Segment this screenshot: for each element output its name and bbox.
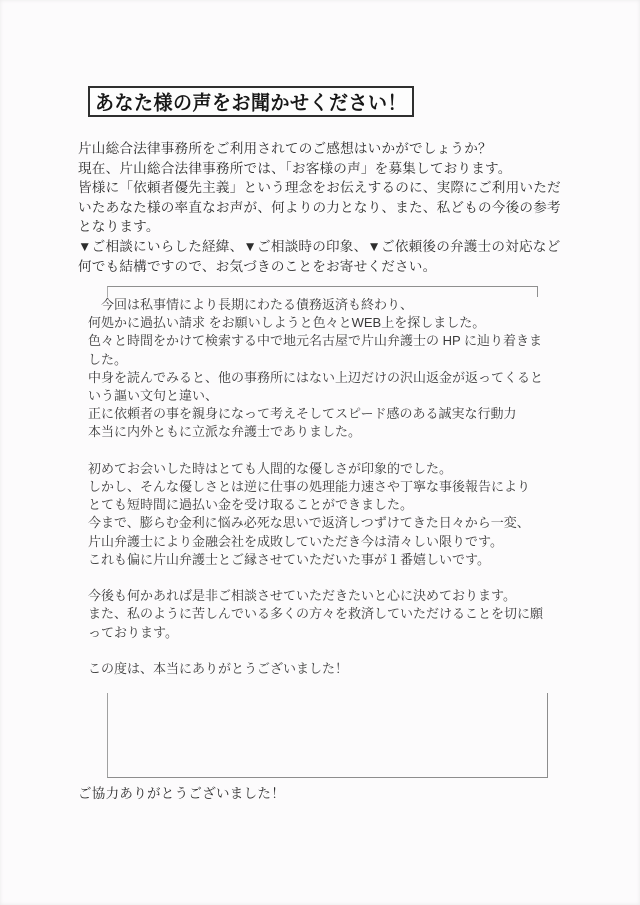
- page-title: あなた様の声をお聞かせください！: [95, 87, 407, 115]
- scanned-customer-voice-form: あなた様の声をお聞かせください！ 片山総合法律事務所をご利用されてのご感想はいか…: [0, 0, 640, 905]
- customer-feedback-text: 今回は私事情により長期にわたる債務返済も終わり、 何処かに過払い請求 をお願いし…: [88, 296, 560, 678]
- empty-answer-box: [107, 693, 548, 778]
- closing-thanks-note: ご協力ありがとうございました！: [78, 782, 285, 802]
- intro-paragraph: 片山総合法律事務所をご利用されてのご感想はいかがでしょうか？ 現在、片山総合法律…: [78, 139, 588, 276]
- title-banner-box: あなた様の声をお聞かせください！: [88, 86, 414, 117]
